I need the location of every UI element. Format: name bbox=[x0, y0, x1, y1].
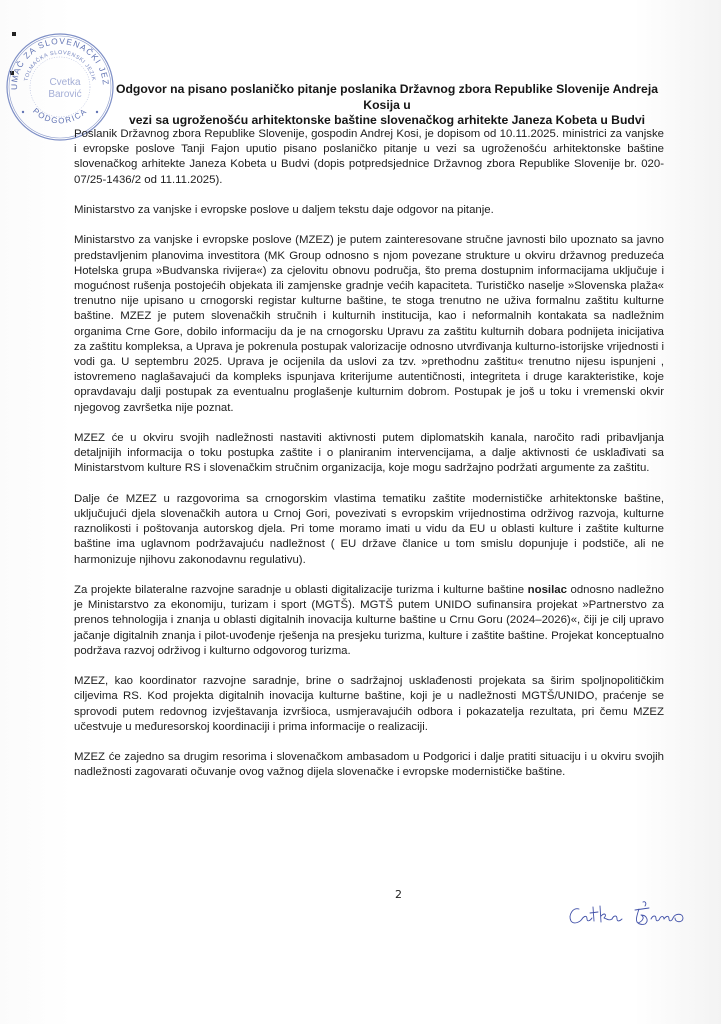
paragraph-coordination: MZEZ, kao koordinator razvojne saradnje,… bbox=[74, 674, 664, 735]
paragraph-intro: Poslanik Državnog zbora Republike Sloven… bbox=[74, 127, 664, 188]
stamp-name-line2: Barović bbox=[48, 89, 81, 100]
document-title: Odgovor na pisano poslaničko pitanje pos… bbox=[101, 82, 673, 129]
page-number: 2 bbox=[395, 888, 402, 901]
paragraph-conclusion: MZEZ će zajedno sa drugim resorima i slo… bbox=[74, 750, 664, 780]
stamp-name-line1: Cvetka bbox=[49, 77, 81, 88]
paragraph-answer-notice: Ministarstvo za vanjske i evropske poslo… bbox=[74, 203, 664, 218]
handwritten-signature bbox=[565, 897, 695, 931]
stamp-city-text: PODGORICA bbox=[31, 106, 89, 125]
paragraph-diplomatic-activity: MZEZ će u okviru svojih nadležnosti nast… bbox=[74, 431, 664, 477]
document-body: Poslanik Državnog zbora Republike Sloven… bbox=[74, 127, 664, 796]
bold-term: nosilac bbox=[528, 584, 567, 596]
title-line-1: Odgovor na pisano poslaničko pitanje pos… bbox=[101, 82, 673, 113]
paragraph-eu-context: Dalje će MZEZ u razgovorima sa crnogorsk… bbox=[74, 492, 664, 568]
document-page: TUMAČ ZA SLOVENAČKI JEZIK TOLMAČKA SLOVE… bbox=[0, 0, 721, 1024]
paragraph-background: Ministarstvo za vanjske i evropske poslo… bbox=[74, 233, 664, 415]
paragraph-bilateral-projects: Za projekte bilateralne razvojne saradnj… bbox=[74, 583, 664, 659]
text-segment: Za projekte bilateralne razvojne saradnj… bbox=[74, 584, 528, 596]
